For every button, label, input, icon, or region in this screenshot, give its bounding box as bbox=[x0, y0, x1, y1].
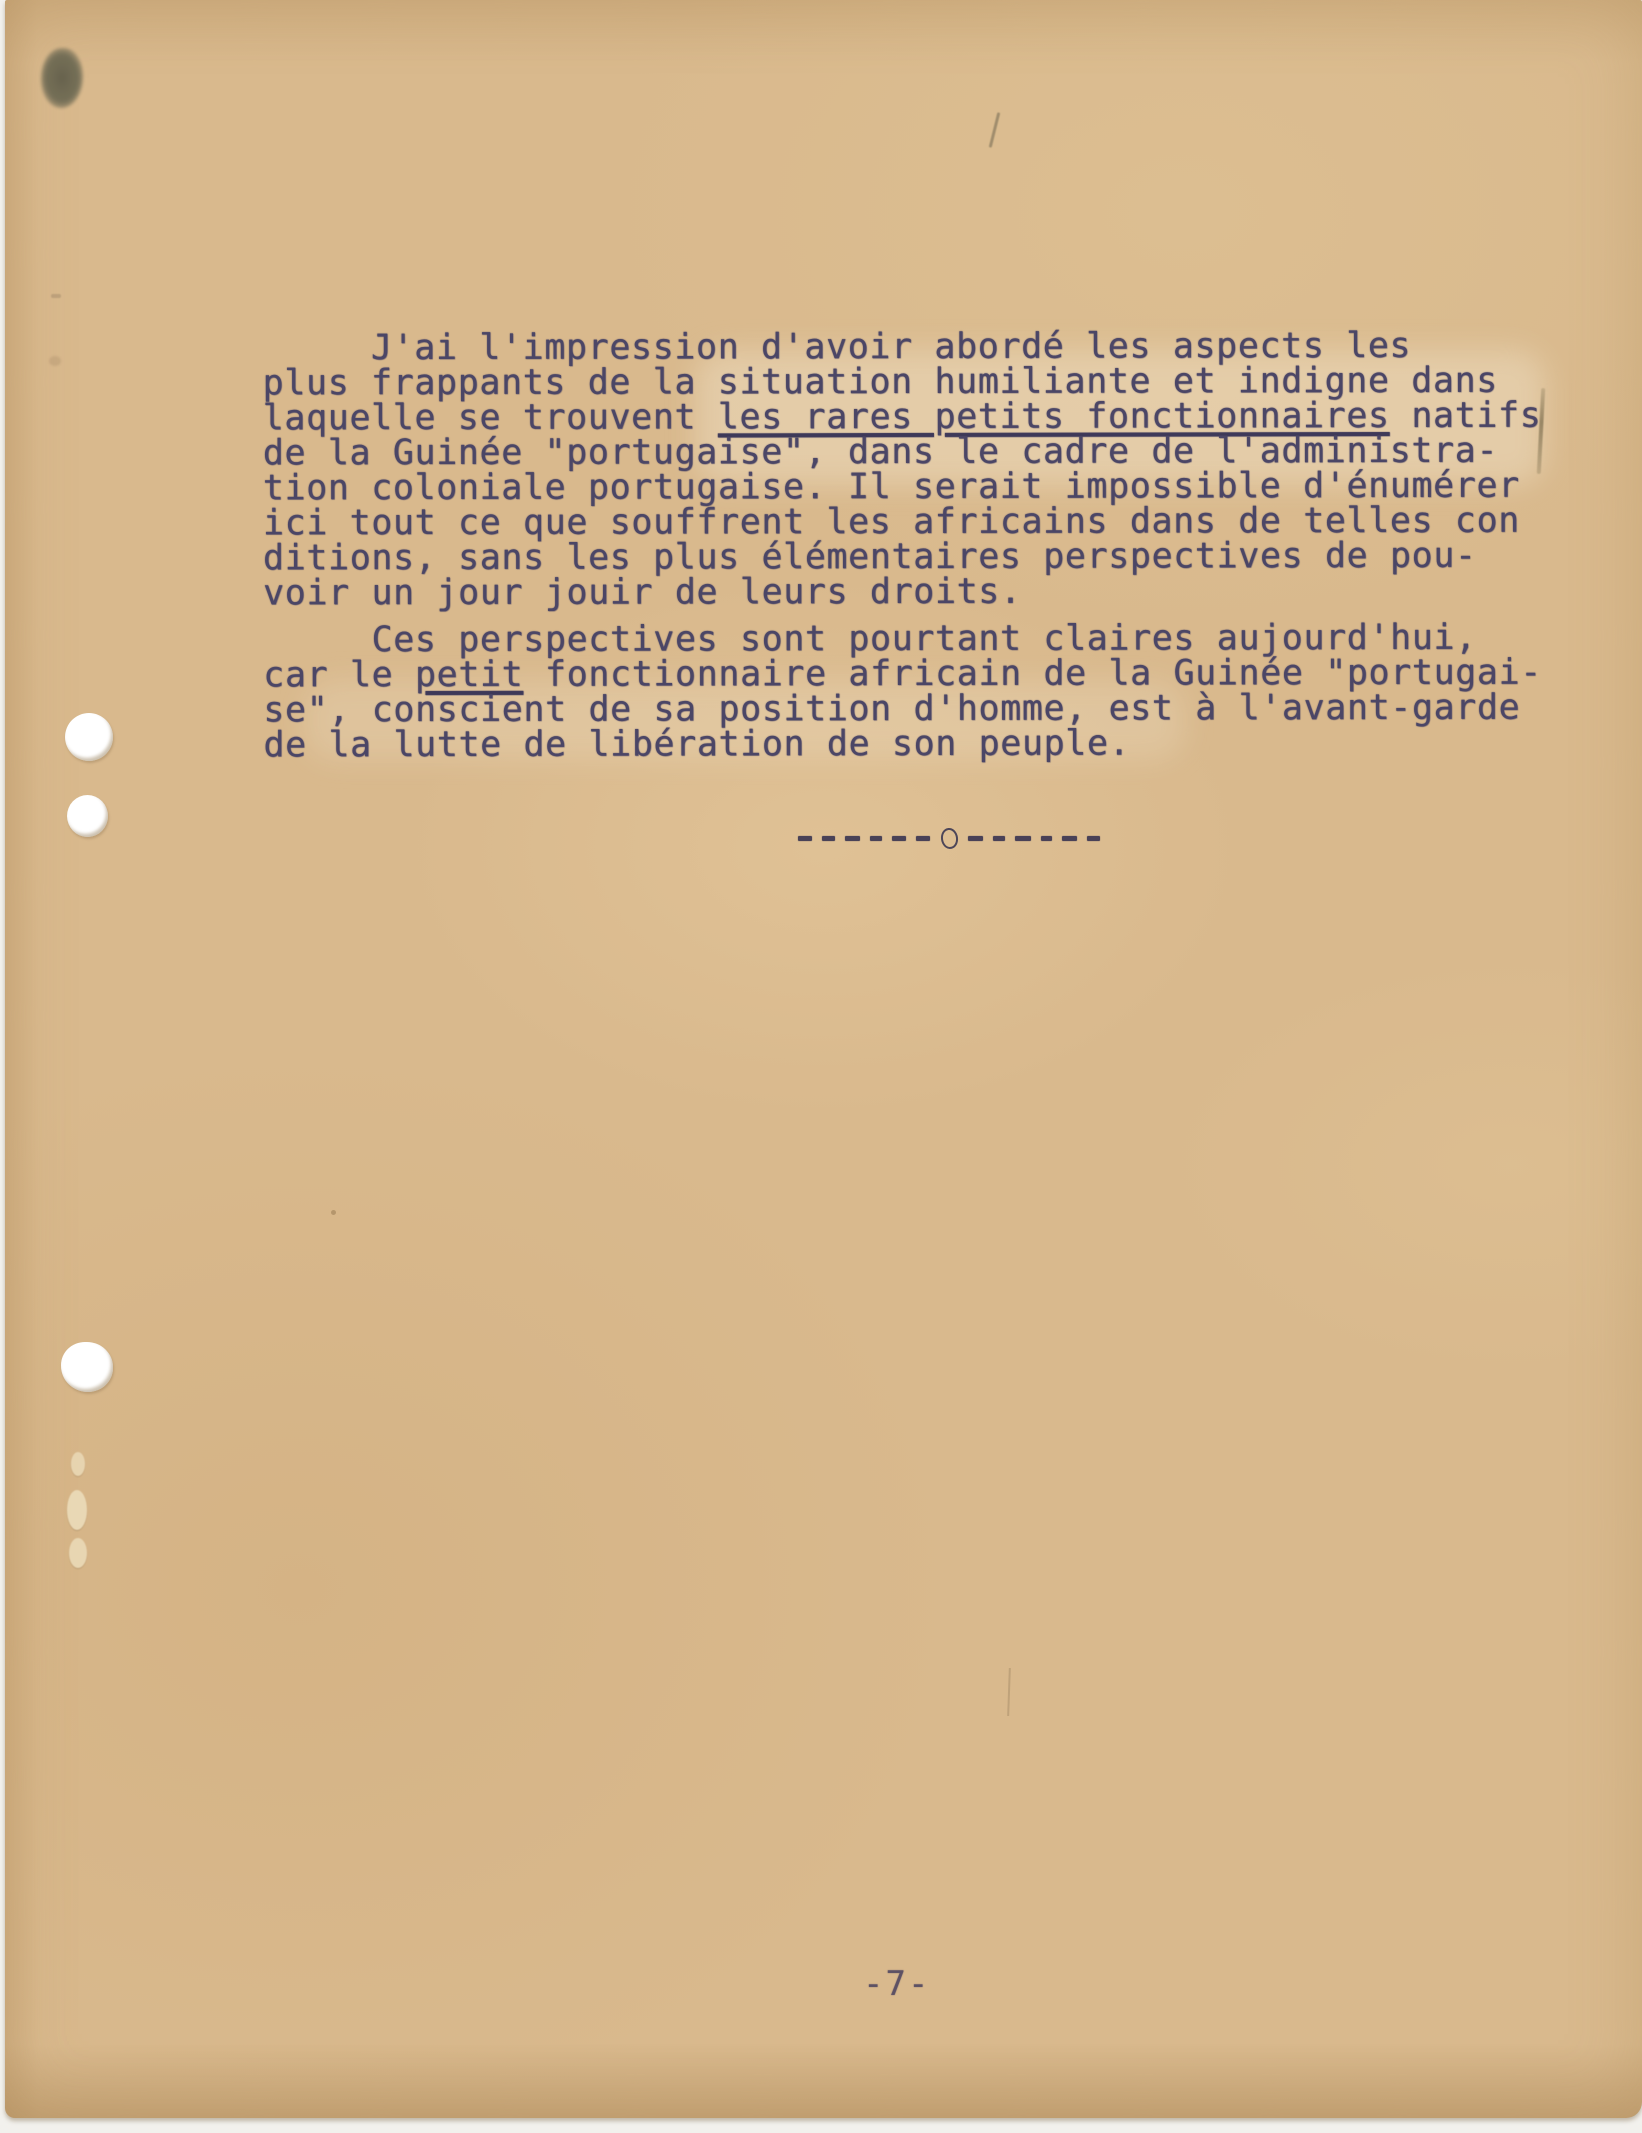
paragraph: J'ai l'impression d'avoir abordé les asp… bbox=[263, 329, 1574, 612]
divider-dash bbox=[916, 836, 929, 841]
divider-dash bbox=[1062, 836, 1076, 841]
ink-stain bbox=[41, 48, 83, 108]
document-page: J'ai l'impression d'avoir abordé les asp… bbox=[5, 0, 1642, 2118]
paper-scuff bbox=[69, 1538, 87, 1568]
paragraph: Ces perspectives sont pourtant claires a… bbox=[263, 621, 1573, 764]
divider-circle-icon bbox=[939, 826, 958, 849]
text-line: voir un jour jouir de leurs droits. bbox=[263, 574, 1573, 612]
divider-dash bbox=[968, 836, 982, 841]
paper-speck bbox=[51, 294, 61, 298]
text-segment: voir un jour jouir de leurs droits. bbox=[263, 572, 1022, 614]
divider-dash bbox=[993, 836, 1006, 841]
pen-mark bbox=[989, 112, 1001, 148]
divider-dash bbox=[822, 836, 835, 841]
divider-dash bbox=[798, 836, 812, 841]
divider-dash bbox=[845, 836, 860, 841]
page-number: -7- bbox=[863, 1964, 930, 2004]
divider-dash bbox=[892, 836, 906, 841]
typewritten-text: J'ai l'impression d'avoir abordé les asp… bbox=[263, 329, 1574, 764]
scan-background: { "page": { "kind": "scanned typewritten… bbox=[0, 0, 1642, 2133]
text-line: de la lutte de libération de son peuple. bbox=[263, 726, 1573, 764]
divider-dash bbox=[1041, 836, 1053, 841]
text-segment: de la lutte de libération de son peuple. bbox=[263, 724, 1130, 766]
paper-smudge bbox=[49, 356, 61, 366]
punch-hole bbox=[65, 713, 113, 761]
text-line: ditions, sans les plus élémentaires pers… bbox=[263, 539, 1573, 577]
punch-hole bbox=[67, 795, 108, 837]
divider-dash bbox=[1087, 836, 1100, 841]
faint-crease bbox=[1007, 1668, 1011, 1716]
divider-dash bbox=[870, 836, 882, 841]
punch-hole bbox=[61, 1342, 113, 1392]
paper-scuff bbox=[67, 1490, 87, 1530]
section-divider bbox=[793, 827, 1105, 849]
paper-scuff bbox=[71, 1452, 85, 1476]
divider-dash bbox=[1015, 836, 1030, 841]
paper-speck bbox=[331, 1210, 336, 1215]
text-line: se", conscient de sa position d'homme, e… bbox=[263, 691, 1573, 729]
